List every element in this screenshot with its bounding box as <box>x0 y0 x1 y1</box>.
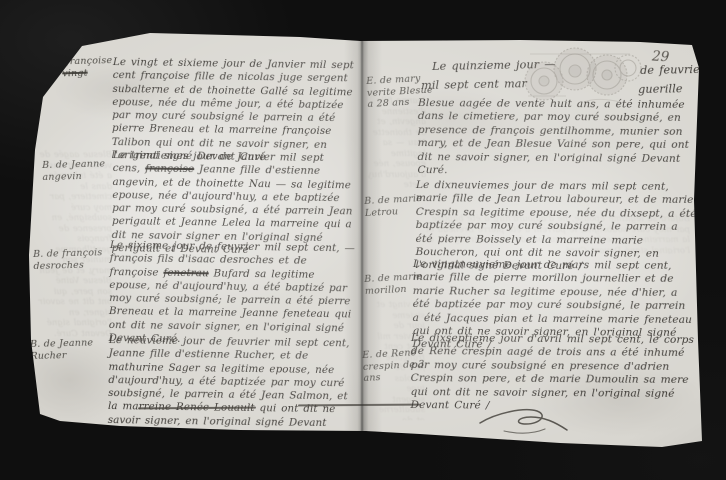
margin-note: B. de françois desroches <box>33 247 112 272</box>
margin-note-line: B. de Jeanne <box>42 158 116 171</box>
manuscript-spread: Blesue aagée de vente huit ans, a été in… <box>0 0 726 480</box>
bleedthrough-text: Blesue aagée de vente huit ans, a été in… <box>38 150 112 412</box>
margin-note: B. de Jeanne angevin <box>42 158 117 183</box>
margin-note-line: desroches <box>33 258 111 272</box>
margin-note-line: juge vingt <box>37 66 117 80</box>
margin-note-line: Rucher <box>30 349 106 362</box>
register-entry-line: de feuvrier <box>640 63 705 78</box>
register-entry: Le dixseptieme jour d'avril mil sept cen… <box>410 332 697 414</box>
margin-note: B. de Jeanne Rucher <box>30 337 107 362</box>
ink-stamp-icon <box>524 42 642 110</box>
signature-flourish-icon <box>476 405 572 437</box>
margin-note-line: angevin <box>42 170 116 183</box>
struck-word: françoise <box>145 163 194 176</box>
register-entry: Le neuvieme jour de feuvrier mil sept ce… <box>108 334 357 444</box>
struck-word: vingt <box>62 67 88 79</box>
register-entry: Le sixieme jour de feuvrier mil sept cen… <box>109 239 356 349</box>
register-entry-line: guerille <box>638 82 683 96</box>
ink-rule-line <box>298 404 420 406</box>
struck-word: fenetrau <box>163 266 208 279</box>
register-entry-line: mil sept cent mar <box>421 77 527 92</box>
margin-note: B. de françoise juge vingt <box>37 55 118 80</box>
margin-note-line: B. de françois <box>33 247 111 261</box>
